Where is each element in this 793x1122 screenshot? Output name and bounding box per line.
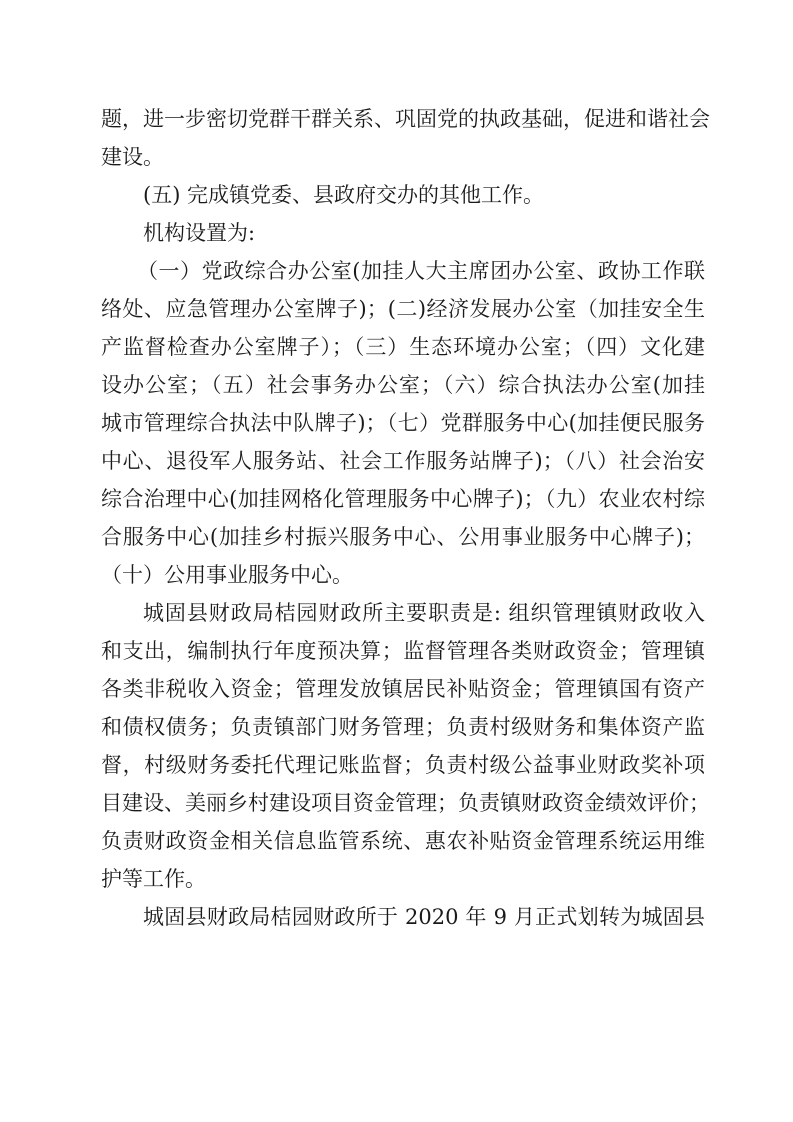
text-line: 城市管理综合执法中队牌子)；（七）党群服务中心(加挂便民服务 [101, 404, 705, 442]
text-line: 目建设、美丽乡村建设项目资金管理；负责镇财政资金绩效评价； [101, 784, 705, 822]
text-line: 题，进一步密切党群干群关系、巩固党的执政基础，促进和谐社会 [101, 100, 705, 138]
text-line: 产监督检查办公室牌子）；（三）生态环境办公室；（四）文化建 [101, 328, 705, 366]
text-line: 和支出，编制执行年度预决算；监督管理各类财政资金；管理镇 [101, 632, 705, 670]
text-line: 机构设置为: [101, 214, 705, 252]
text-line: （十）公用事业服务中心。 [101, 556, 705, 594]
text-line: 中心、退役军人服务站、社会工作服务站牌子)；（八）社会治安 [101, 442, 705, 480]
text-line: 城固县财政局桔园财政所主要职责是: 组织管理镇财政收入 [101, 594, 705, 632]
text-line: 督，村级财务委托代理记账监督；负责村级公益事业财政奖补项 [101, 746, 705, 784]
text-line: 各类非税收入资金；管理发放镇居民补贴资金；管理镇国有资产 [101, 670, 705, 708]
text-line: 设办公室；（五）社会事务办公室；（六）综合执法办公室(加挂 [101, 366, 705, 404]
text-line: （一）党政综合办公室(加挂人大主席团办公室、政协工作联 [101, 252, 705, 290]
text-line: 和债权债务；负责镇部门财务管理；负责村级财务和集体资产监 [101, 708, 705, 746]
text-line: (五) 完成镇党委、县政府交办的其他工作。 [101, 176, 705, 214]
text-line: 护等工作。 [101, 860, 705, 898]
text-line: 合服务中心(加挂乡村振兴服务中心、公用事业服务中心牌子)； [101, 518, 705, 556]
text-line: 络处、应急管理办公室牌子)；(二)经济发展办公室（加挂安全生 [101, 290, 705, 328]
document-page: 题，进一步密切党群干群关系、巩固党的执政基础，促进和谐社会 建设。 (五) 完成… [101, 100, 705, 936]
text-line: 负责财政资金相关信息监管系统、惠农补贴资金管理系统运用维 [101, 822, 705, 860]
text-line: 建设。 [101, 138, 705, 176]
text-line: 城固县财政局桔园财政所于 2020 年 9 月正式划转为城固县 [101, 898, 705, 936]
text-line: 综合治理中心(加挂网格化管理服务中心牌子)；（九）农业农村综 [101, 480, 705, 518]
